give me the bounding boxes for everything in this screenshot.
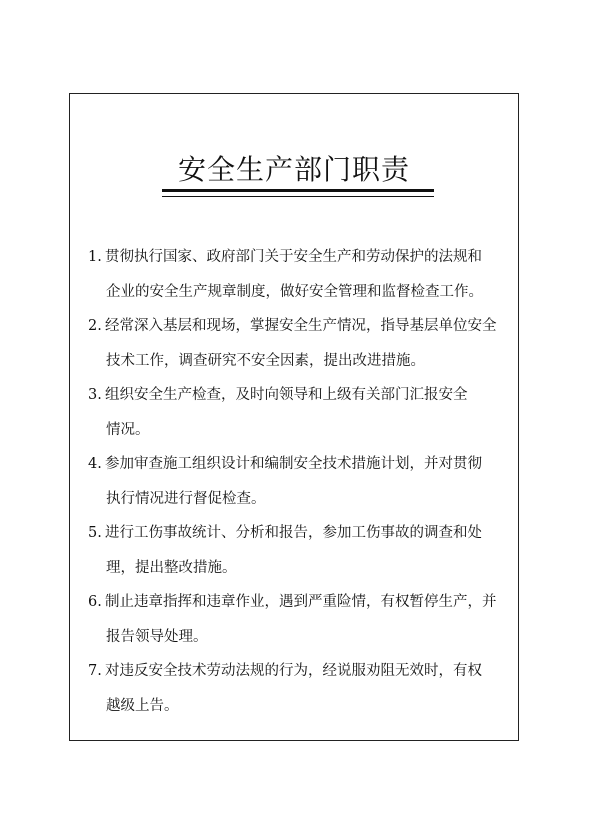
item-text-line1: 对违反安全技术劳动法规的行为，经说服劝阻无效时，有权 [105, 663, 482, 679]
item-text-line1: 进行工伤事故统计、分析和报告，参加工伤事故的调查和处 [105, 525, 482, 541]
item-number: 7. [88, 654, 105, 689]
list-item: 7.对违反安全技术劳动法规的行为，经说服劝阻无效时，有权 越级上告。 [88, 654, 512, 723]
item-number: 2. [88, 309, 105, 344]
item-text-line1: 贯彻执行国家、政府部门关于安全生产和劳动保护的法规和 [105, 249, 482, 265]
document-title: 安全生产部门职责 [70, 152, 518, 188]
item-number: 3. [88, 378, 105, 413]
item-text-line2: 企业的安全生产规章制度，做好安全管理和监督检查工作。 [88, 275, 512, 310]
item-text-line2: 理，提出整改措施。 [88, 551, 512, 586]
title-underline-thick [162, 189, 434, 192]
list-item: 3.组织安全生产检查，及时向领导和上级有关部门汇报安全 情况。 [88, 378, 512, 447]
item-text-line1: 组织安全生产检查，及时向领导和上级有关部门汇报安全 [105, 387, 468, 403]
item-number: 1. [88, 240, 105, 275]
list-item: 2.经常深入基层和现场，掌握安全生产情况，指导基层单位安全 技术工作，调查研究不… [88, 309, 512, 378]
title-underline-thin [162, 196, 434, 197]
item-number: 4. [88, 447, 105, 482]
list-item: 6.制止违章指挥和违章作业，遇到严重险情，有权暂停生产，并 报告领导处理。 [88, 585, 512, 654]
list-item: 1.贯彻执行国家、政府部门关于安全生产和劳动保护的法规和 企业的安全生产规章制度… [88, 240, 512, 309]
item-text-line1: 制止违章指挥和违章作业，遇到严重险情，有权暂停生产，并 [105, 594, 497, 610]
item-text-line2: 技术工作，调查研究不安全因素，提出改进措施。 [88, 344, 512, 379]
responsibilities-list: 1.贯彻执行国家、政府部门关于安全生产和劳动保护的法规和 企业的安全生产规章制度… [88, 240, 512, 723]
item-number: 5. [88, 516, 105, 551]
list-item: 4.参加审查施工组织设计和编制安全技术措施计划，并对贯彻 执行情况进行督促检查。 [88, 447, 512, 516]
item-text-line2: 越级上告。 [88, 689, 512, 724]
item-number: 6. [88, 585, 105, 620]
item-text-line1: 参加审查施工组织设计和编制安全技术措施计划，并对贯彻 [105, 456, 482, 472]
item-text-line2: 执行情况进行督促检查。 [88, 482, 512, 517]
list-item: 5.进行工伤事故统计、分析和报告，参加工伤事故的调查和处 理，提出整改措施。 [88, 516, 512, 585]
item-text-line1: 经常深入基层和现场，掌握安全生产情况，指导基层单位安全 [105, 318, 497, 334]
item-text-line2: 报告领导处理。 [88, 620, 512, 655]
item-text-line2: 情况。 [88, 413, 512, 448]
document-frame: 安全生产部门职责 1.贯彻执行国家、政府部门关于安全生产和劳动保护的法规和 企业… [69, 93, 519, 741]
